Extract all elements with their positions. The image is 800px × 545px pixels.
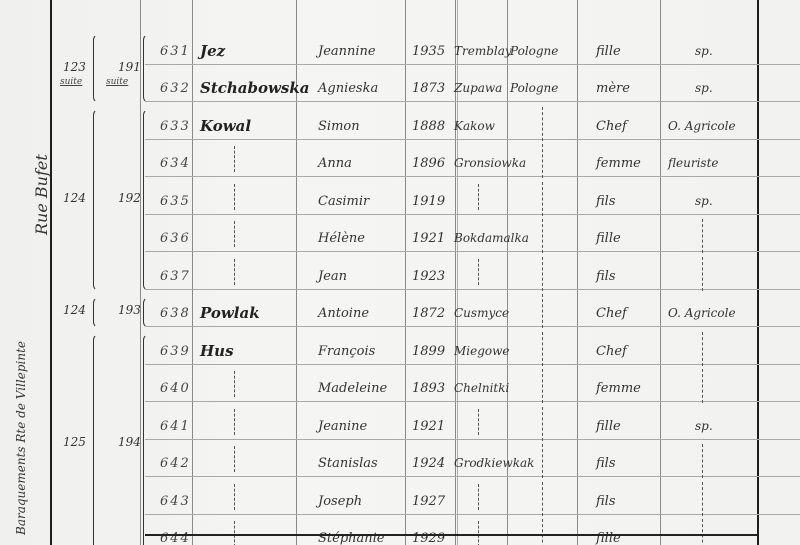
- ditto-mark: [702, 369, 705, 403]
- occupation: O. Agricole: [668, 306, 736, 320]
- table-bottom-rule: [145, 534, 757, 536]
- household-number: 194: [118, 435, 141, 449]
- household-number: 193: [118, 303, 141, 317]
- ditto-mark: [702, 482, 705, 516]
- given-name: Hélène: [318, 231, 365, 246]
- given-name: Joseph: [318, 494, 362, 509]
- relation-to-head: fille: [596, 231, 621, 246]
- row-rule: [145, 101, 800, 102]
- birthplace: Bokdamalka: [454, 231, 529, 245]
- occupation: sp.: [695, 44, 713, 58]
- occupation: sp.: [695, 194, 713, 208]
- birthplace: Zupawa: [454, 81, 502, 95]
- house-brace: [93, 334, 99, 545]
- row-rule: [145, 439, 800, 440]
- column-rule: [192, 0, 193, 545]
- ditto-mark: [542, 107, 545, 141]
- nationality: Pologne: [510, 44, 558, 58]
- ditto-mark: [234, 409, 237, 435]
- entry-number: 631: [160, 44, 191, 59]
- birth-year: 1872: [412, 306, 445, 321]
- household-suite-note: suite: [106, 77, 128, 87]
- birth-year: 1896: [412, 156, 445, 171]
- birth-year: 1935: [412, 44, 445, 59]
- census-register-page: 631JezJeannine1935TremblayPolognefillesp…: [0, 0, 800, 545]
- occupation: fleuriste: [668, 156, 719, 170]
- ditto-mark: [542, 332, 545, 366]
- birth-year: 1921: [412, 419, 445, 434]
- entry-number: 643: [160, 494, 191, 509]
- birthplace: Tremblay: [454, 44, 512, 58]
- relation-to-head: Chef: [596, 344, 627, 359]
- house-number: 123: [63, 60, 86, 74]
- ditto-mark: [542, 144, 545, 178]
- birthplace: Miegowe: [454, 344, 510, 358]
- nationality: Pologne: [510, 81, 558, 95]
- birth-year: 1921: [412, 231, 445, 246]
- household-brace: [143, 34, 149, 103]
- occupation: sp.: [695, 419, 713, 433]
- given-name: Anna: [318, 156, 352, 171]
- ditto-mark: [542, 482, 545, 516]
- birth-year: 1927: [412, 494, 445, 509]
- ditto-mark: [542, 219, 545, 253]
- relation-to-head: fils: [596, 194, 616, 209]
- ditto-mark: [542, 294, 545, 328]
- entry-number: 634: [160, 156, 191, 171]
- given-name: Jeanine: [318, 419, 367, 434]
- ditto-mark: [702, 257, 705, 291]
- house-suite-note: suite: [60, 77, 82, 87]
- relation-to-head: Chef: [596, 119, 627, 134]
- entry-number: 641: [160, 419, 191, 434]
- given-name: Casimir: [318, 194, 369, 209]
- entry-number: 637: [160, 269, 191, 284]
- entry-number: 640: [160, 381, 191, 396]
- birth-year: 1873: [412, 81, 445, 96]
- column-rule: [140, 0, 141, 545]
- ditto-mark: [702, 219, 705, 253]
- ditto-mark: [234, 259, 237, 285]
- relation-to-head: fille: [596, 419, 621, 434]
- relation-to-head: mère: [596, 81, 630, 96]
- street-label-baraquements: Baraquements Rte de Villepinte: [14, 341, 28, 535]
- household-number: 191: [118, 60, 141, 74]
- household-brace: [143, 297, 149, 329]
- ditto-mark: [234, 371, 237, 397]
- ditto-mark: [234, 521, 237, 545]
- ditto-mark: [478, 484, 481, 510]
- relation-to-head: fils: [596, 494, 616, 509]
- ditto-mark: [542, 407, 545, 441]
- ditto-mark: [478, 521, 481, 545]
- relation-to-head: Chef: [596, 306, 627, 321]
- birthplace: Cusmyce: [454, 306, 509, 320]
- occupation: sp.: [695, 81, 713, 95]
- relation-to-head: femme: [596, 156, 641, 171]
- ditto-mark: [478, 259, 481, 285]
- birthplace: Chelnitki: [454, 381, 509, 395]
- entry-number: 633: [160, 119, 191, 134]
- given-name: Agnieska: [318, 81, 378, 96]
- relation-to-head: fils: [596, 269, 616, 284]
- birthplace: Kakow: [454, 119, 495, 133]
- row-rule: [145, 214, 800, 215]
- column-rule: [405, 0, 406, 545]
- ditto-mark: [234, 446, 237, 472]
- ditto-mark: [542, 519, 545, 545]
- entry-number: 635: [160, 194, 191, 209]
- occupation: O. Agricole: [668, 119, 736, 133]
- surname: Stchabowska: [200, 79, 309, 97]
- ditto-mark: [478, 184, 481, 210]
- household-brace: [143, 334, 149, 545]
- house-number: 125: [63, 435, 86, 449]
- entry-number: 638: [160, 306, 191, 321]
- entry-number: 642: [160, 456, 191, 471]
- ditto-mark: [478, 409, 481, 435]
- relation-to-head: fils: [596, 456, 616, 471]
- entry-number: 636: [160, 231, 191, 246]
- ditto-mark: [542, 444, 545, 478]
- household-number: 192: [118, 191, 141, 205]
- column-rule: [757, 0, 759, 545]
- birth-year: 1893: [412, 381, 445, 396]
- row-rule: [145, 64, 800, 65]
- given-name: Jean: [318, 269, 347, 284]
- ditto-mark: [702, 332, 705, 366]
- surname: Jez: [200, 42, 225, 60]
- ditto-mark: [234, 146, 237, 172]
- house-number: 124: [63, 303, 86, 317]
- birthplace: Gronsiowka: [454, 156, 526, 170]
- relation-to-head: femme: [596, 381, 641, 396]
- entry-number: 639: [160, 344, 191, 359]
- ditto-mark: [234, 484, 237, 510]
- birth-year: 1888: [412, 119, 445, 134]
- house-brace: [93, 297, 99, 329]
- relation-to-head: fille: [596, 44, 621, 59]
- ditto-mark: [702, 519, 705, 545]
- ditto-mark: [542, 369, 545, 403]
- house-number: 124: [63, 191, 86, 205]
- column-rule: [577, 0, 578, 545]
- given-name: Stanislas: [318, 456, 378, 471]
- row-rule: [145, 326, 800, 327]
- birth-year: 1899: [412, 344, 445, 359]
- given-name: François: [318, 344, 375, 359]
- given-name: Jeannine: [318, 44, 376, 59]
- ditto-mark: [234, 184, 237, 210]
- given-name: Madeleine: [318, 381, 387, 396]
- ditto-mark: [234, 221, 237, 247]
- row-rule: [145, 139, 800, 140]
- household-brace: [143, 109, 149, 291]
- ditto-mark: [542, 257, 545, 291]
- street-label-rue: Rue Bufet: [32, 154, 51, 235]
- column-rule: [660, 0, 661, 545]
- row-rule: [145, 176, 800, 177]
- house-brace: [93, 109, 99, 291]
- ditto-mark: [702, 444, 705, 478]
- entry-number: 632: [160, 81, 191, 96]
- birth-year: 1924: [412, 456, 445, 471]
- surname: Kowal: [200, 117, 251, 135]
- given-name: Simon: [318, 119, 360, 134]
- ditto-mark: [542, 182, 545, 216]
- surname: Hus: [200, 342, 234, 360]
- birthplace: Grodkiewkak: [454, 456, 534, 470]
- birth-year: 1923: [412, 269, 445, 284]
- birth-year: 1919: [412, 194, 445, 209]
- column-rule: [50, 0, 52, 545]
- house-brace: [93, 34, 99, 103]
- given-name: Antoine: [318, 306, 369, 321]
- surname: Powlak: [200, 304, 260, 322]
